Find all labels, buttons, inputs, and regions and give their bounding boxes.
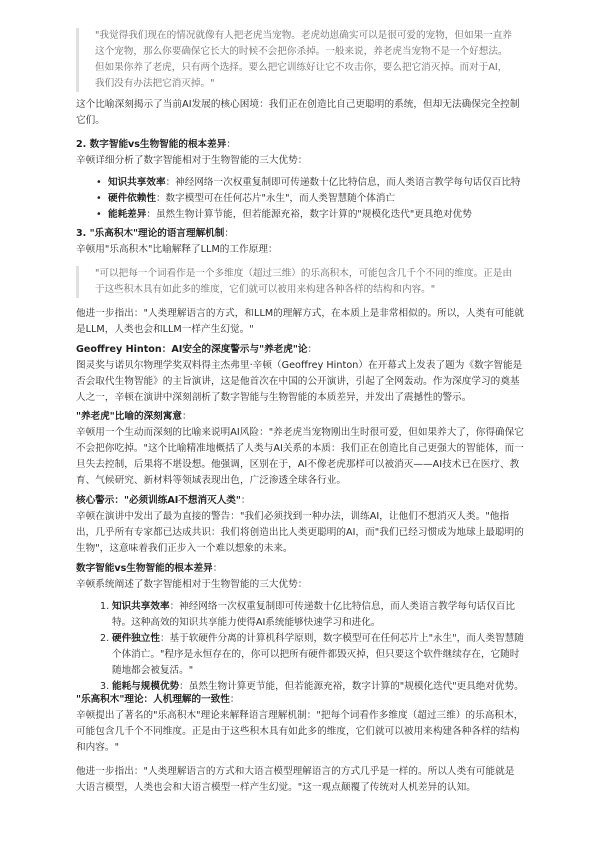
list-item: 1.知识共享效率：神经网络一次权重复制即可传递数十亿比特信息，而人类语言教学每句… — [76, 599, 524, 631]
section-lego-consistency: "乐高积木"理论：人机理解的一致性： 辛顿提出了著名的"乐高积木"理论来解释语言… — [76, 692, 524, 796]
section-paragraph: 他进一步指出："人类理解语言的方式和大语言模型理解语言的方式几乎是一样的。所以人… — [76, 764, 524, 796]
section-paragraph: 他进一步指出："人类理解语言的方式，和LLM的理解方式，在本质上是非常相似的。所… — [76, 306, 524, 338]
section-intro: 辛顿详细分析了数字智能相对于生物智能的三大优势： — [76, 153, 524, 169]
section-heading: "乐高积木"理论：人机理解的一致性： — [76, 692, 524, 708]
section-heading: "养老虎"比喻的深刻寓意： — [76, 409, 524, 425]
section-digital-vs-bio-2: 数字智能vs生物智能的根本差异： 辛顿系统阐述了数字智能相对于生物智能的三大优势… — [76, 561, 524, 695]
section-lego-theory: 3. "乐高积木"理论的语言理解机制： 辛顿用"乐高积木"比喻解释了LLM的工作… — [76, 226, 524, 338]
section-core-warning: 核心警示："必须训练AI不想消灭人类"： 辛顿在演讲中发出了最为直接的警告："我… — [76, 493, 524, 557]
list-item: 2.硬件独立性：基于软硬件分离的计算机科学原则，数字模型可在任何芯片上"永生"，… — [76, 631, 524, 679]
list-item: 能耗差异：虽然生物计算节能，但若能源充裕，数字计算的"规模化迭代"更具绝对优势 — [76, 207, 524, 223]
lego-quote: "可以把每一个词看作是一个多维度（超过三维）的乐高积木，可能包含几千个不同的维度… — [76, 266, 515, 298]
section-body: 辛顿用一个生动而深刻的比喻来说明AI风险："养老虎当宠物刚出生时很可爱，但如果养… — [76, 425, 524, 489]
tiger-quote: "我觉得我们现在的情况就像有人把老虎当宠物。老虎幼崽确实可以是很可爱的宠物，但如… — [76, 28, 516, 92]
section-heading: 数字智能vs生物智能的根本差异： — [76, 561, 524, 577]
section-heading: 核心警示："必须训练AI不想消灭人类"： — [76, 493, 524, 509]
section-heading: 2. 数字智能vs生物智能的根本差异： — [76, 137, 524, 153]
advantages-bullet-list: 知识共享效率：神经网络一次权重复制即可传递数十亿比特信息，而人类语言教学每句话仅… — [76, 175, 524, 223]
section-body: 图灵奖与诺贝尔物理学奖双料得主杰弗里·辛顿（Geoffrey Hinton）在开… — [76, 358, 524, 406]
section-intro: 辛顿用"乐高积木"比喻解释了LLM的工作原理： — [76, 242, 524, 258]
list-item: 硬件依赖性：数字模型可在任何芯片"永生"，而人类智慧随个体消亡 — [76, 191, 524, 207]
section-hinton-intro: Geoffrey Hinton：AI安全的深度警示与"养老虎"论： 图灵奖与诺贝… — [76, 342, 524, 406]
section-digital-vs-bio: 2. 数字智能vs生物智能的根本差异： 辛顿详细分析了数字智能相对于生物智能的三… — [76, 137, 524, 223]
section-intro: 辛顿系统阐述了数字智能相对于生物智能的三大优势： — [76, 577, 524, 593]
section-tiger-metaphor: "养老虎"比喻的深刻寓意： 辛顿用一个生动而深刻的比喻来说明AI风险："养老虎当… — [76, 409, 524, 489]
advantages-numbered-list: 1.知识共享效率：神经网络一次权重复制即可传递数十亿比特信息，而人类语言教学每句… — [76, 599, 524, 695]
list-item: 知识共享效率：神经网络一次权重复制即可传递数十亿比特信息，而人类语言教学每句话仅… — [76, 175, 524, 191]
section-body: 辛顿提出了著名的"乐高积木"理论来解释语言理解机制："把每个词看作多维度（超过三… — [76, 708, 524, 756]
section-heading: 3. "乐高积木"理论的语言理解机制： — [76, 226, 524, 242]
section-body: 辛顿在演讲中发出了最为直接的警告："我们必须找到一种办法，训练AI，让他们不想消… — [76, 509, 524, 557]
section-heading: Geoffrey Hinton：AI安全的深度警示与"养老虎"论： — [76, 342, 524, 358]
dilemma-paragraph: 这个比喻深刻揭示了当前AI发展的核心困境：我们正在创造比自己更聪明的系统，但却无… — [76, 97, 524, 129]
